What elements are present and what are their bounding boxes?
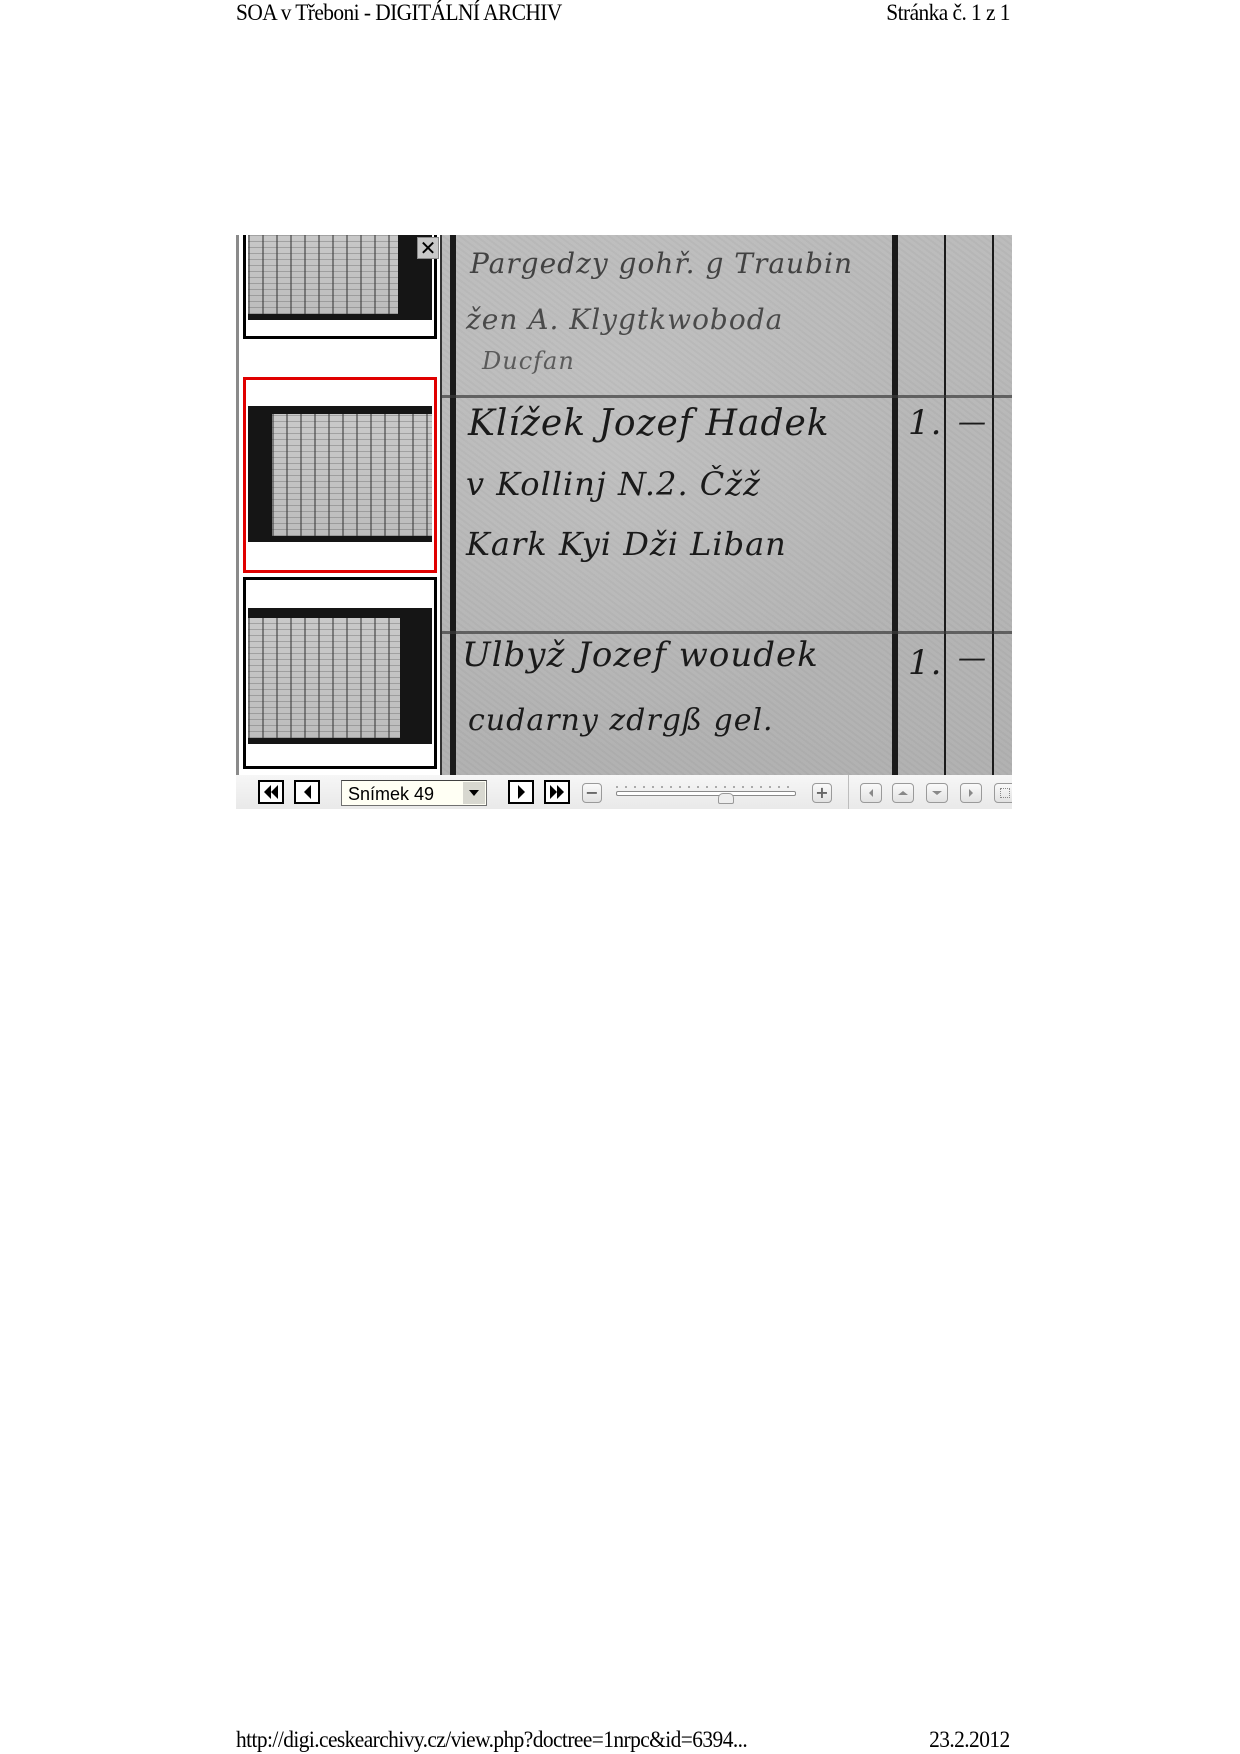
column-rule: [892, 235, 898, 775]
pan-left-button[interactable]: [860, 783, 882, 803]
column-mark: 1.: [908, 403, 942, 443]
first-frame-icon: [264, 785, 278, 799]
row-rule: [442, 631, 1012, 634]
site-title: SOA v Třeboni - DIGITÁLNÍ ARCHIV: [236, 0, 562, 26]
register-scan-image[interactable]: Pargedzy gohř. g Traubin žen A. Klygtkwo…: [440, 235, 1012, 775]
page-url: http://digi.ceskearchivy.cz/view.php?doc…: [236, 1727, 747, 1753]
close-icon: ✕: [420, 238, 437, 258]
thumbnail-previous[interactable]: [243, 235, 437, 339]
pan-up-button[interactable]: [892, 783, 914, 803]
handwriting-line: v Kollinj N.2. Čžž: [466, 465, 761, 503]
pan-up-icon: [898, 791, 908, 795]
frame-select-value: Snímek 49: [348, 784, 434, 805]
fit-icon: [1000, 788, 1010, 798]
next-frame-button[interactable]: [508, 780, 534, 804]
slider-handle[interactable]: [718, 793, 734, 804]
last-frame-icon: [550, 785, 564, 799]
column-rule: [450, 235, 456, 775]
last-frame-button[interactable]: [544, 780, 570, 804]
viewer-toolbar: Snímek 49 − +: [236, 775, 1012, 809]
handwriting-line: Ducfan: [482, 347, 575, 375]
image-viewer: ✕ Pargedzy gohř. g Traubin žen A. Klygtk…: [236, 235, 1012, 809]
handwriting-line: Ulbyž Jozef woudek: [462, 635, 819, 675]
column-mark: —: [958, 405, 987, 438]
column-mark: 1.: [908, 643, 942, 683]
fit-button[interactable]: [994, 783, 1012, 803]
thumbnail-current[interactable]: [243, 377, 437, 573]
page-indicator: Stránka č. 1 z 1: [886, 0, 1010, 26]
row-rule: [442, 395, 1012, 398]
frame-select[interactable]: Snímek 49: [341, 780, 487, 806]
pan-down-icon: [932, 791, 942, 795]
thumbnail-image: [248, 608, 432, 744]
minus-icon: −: [585, 785, 598, 801]
handwriting-line: Klížek Jozef Hadek: [468, 403, 830, 444]
toolbar-divider: [848, 775, 849, 809]
close-thumbnails-button[interactable]: ✕: [417, 237, 439, 259]
zoom-out-button[interactable]: −: [582, 783, 602, 803]
first-frame-button[interactable]: [258, 780, 284, 804]
pan-right-button[interactable]: [960, 783, 982, 803]
zoom-slider[interactable]: [614, 783, 798, 803]
handwriting-line: Kark Kyi Dži Liban: [466, 525, 787, 563]
print-date: 23.2.2012: [929, 1727, 1010, 1753]
thumbnail-panel: ✕: [236, 235, 440, 775]
slider-ticks: [616, 786, 796, 788]
handwriting-line: cudarny zdrgß gel.: [468, 703, 774, 738]
column-rule: [992, 235, 994, 775]
pan-left-icon: [869, 789, 873, 797]
previous-frame-icon: [304, 785, 311, 799]
zoom-in-button[interactable]: +: [812, 783, 832, 803]
pan-right-icon: [969, 789, 973, 797]
handwriting-line: žen A. Klygtkwoboda: [466, 303, 783, 336]
previous-frame-button[interactable]: [294, 780, 320, 804]
column-mark: —: [958, 641, 987, 674]
next-frame-icon: [518, 785, 525, 799]
pan-down-button[interactable]: [926, 783, 948, 803]
handwriting-line: Pargedzy gohř. g Traubin: [470, 247, 853, 280]
slider-track: [616, 791, 796, 796]
thumbnail-next[interactable]: [243, 577, 437, 769]
plus-icon: +: [815, 785, 828, 801]
thumbnail-image: [248, 235, 432, 320]
thumbnail-image: [248, 406, 432, 542]
column-rule: [944, 235, 946, 775]
chevron-down-icon[interactable]: [463, 782, 485, 804]
